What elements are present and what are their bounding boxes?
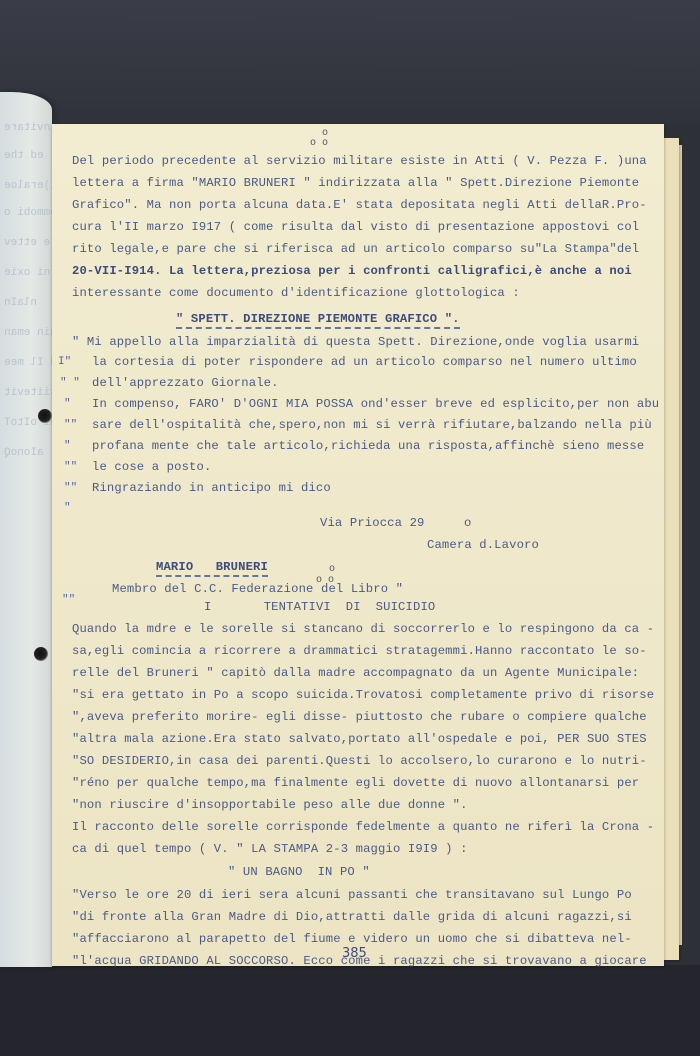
margin-quote-mark: ": [64, 440, 71, 452]
document-page: o o o Del periodo precedente al servizio…: [52, 124, 664, 966]
text-line: cura l'II marzo I917 ( come risulta dal …: [72, 220, 639, 234]
text-line: "altra mala azione.Era stato salvato,por…: [72, 732, 647, 746]
address: Via Priocca 29: [320, 516, 425, 530]
text-line: relle del Bruneri " capitò dalla madre a…: [72, 666, 639, 680]
ornament: o: [464, 516, 471, 530]
page-number: 385: [342, 946, 367, 961]
punch-hole-icon: [38, 409, 52, 423]
margin-quote-mark: ": [64, 398, 71, 410]
margin-quote-mark: "": [62, 594, 75, 606]
margin-quote-mark: "": [64, 419, 77, 431]
margin-quote-mark: ": [64, 502, 71, 514]
ghost-text: siitevit: [4, 387, 52, 399]
ghost-text: il invitare: [4, 122, 52, 134]
letter-line: profana mente che tale articolo,richieda…: [92, 439, 644, 453]
letter-line: sare dell'ospitalità che,spero,non mi si…: [92, 418, 652, 432]
letter-line: Ringraziando in anticipo mi dico: [92, 481, 331, 495]
text-line: rito legale,e pare che si riferisca ad u…: [72, 242, 639, 256]
text-line: sa,egli comincia a ricorrere a drammatic…: [72, 644, 647, 658]
ghost-text: ed the: [4, 150, 44, 162]
text-line: 20-VII-I914. La lettera,preziosa per i c…: [72, 264, 632, 278]
news-heading: " UN BAGNO IN PO ": [228, 865, 370, 879]
ornament: o o: [316, 575, 334, 586]
ghost-text: e ettev: [4, 237, 50, 249]
margin-quote-mark: I": [58, 356, 71, 368]
section-title: I TENTATIVI DI SUICIDIO: [204, 600, 435, 614]
text-line: Il racconto delle sorelle corrisponde fe…: [72, 820, 654, 834]
ornament: o o: [310, 138, 328, 149]
letter-heading: " SPETT. DIREZIONE PIEMONTE GRAFICO ".: [176, 312, 460, 329]
letter-line: " Mi appello alla imparzialità di questa…: [72, 335, 639, 349]
punch-hole-icon: [34, 647, 48, 661]
text-line: "si era gettato in Po a scopo suicida.Tr…: [72, 688, 654, 702]
text-line: lettera a firma "MARIO BRUNERI " indiriz…: [72, 176, 639, 190]
background-top: [0, 0, 700, 125]
text-line: "SO DESIDERIO,in casa dei parenti.Questi…: [72, 754, 647, 768]
margin-quote-mark: "": [64, 461, 77, 473]
ghost-text: ni oxie: [4, 267, 50, 279]
margin-quote-mark: " ": [60, 377, 80, 389]
text-line: Grafico". Ma non porta alcuna data.E' st…: [72, 198, 647, 212]
text-line: "réno per qualche tempo,ma finalmente eg…: [72, 776, 639, 790]
text-line: interessante come documento d'identifica…: [72, 286, 520, 300]
text-line: ca di quel tempo ( V. " LA STAMPA 2-3 ma…: [72, 842, 468, 856]
letter-line: la cortesia di poter rispondere ad un ar…: [92, 355, 637, 369]
signature-name: MARIO BRUNERI: [156, 560, 268, 577]
ghost-text: aIonoQ: [4, 447, 44, 459]
signature-role: Membro del C.C. Federazione del Libro ": [112, 582, 403, 596]
text-line: "affacciarono al parapetto del fiume e v…: [72, 932, 632, 946]
ghost-text: nlaIn: [4, 297, 37, 309]
text-line: ",aveva preferito morire- egli disse- pi…: [72, 710, 647, 724]
margin-quote-mark: "": [64, 482, 77, 494]
text-line: Quando la mdre e le sorelle si stancano …: [72, 622, 654, 636]
background-bottom: [0, 965, 700, 1056]
letter-line: dell'apprezzato Giornale.: [92, 376, 279, 390]
text-line: "di fronte alla Gran Madre di Dio,attrat…: [72, 910, 632, 924]
ghost-text: ed Il mee: [4, 357, 52, 369]
text-line: "non riuscire d'insopportabile peso alle…: [72, 798, 468, 812]
ghost-text: Igin eman: [4, 327, 52, 339]
organization: Camera d.Lavoro: [427, 538, 539, 552]
text-line: Del periodo precedente al servizio milit…: [72, 154, 647, 168]
facing-page: il invitare ed the ei)eraloe sommobi o e…: [0, 92, 52, 967]
text-line: "Verso le ore 20 di ieri sera alcuni pas…: [72, 888, 632, 902]
ornament: o: [329, 564, 335, 575]
letter-line: le cose a posto.: [92, 460, 211, 474]
ghost-text: ei)eraloe: [4, 180, 52, 192]
letter-line: In compenso, FARO' D'OGNI MIA POSSA ond'…: [92, 397, 659, 411]
ghost-text: sommobi o: [4, 207, 52, 219]
